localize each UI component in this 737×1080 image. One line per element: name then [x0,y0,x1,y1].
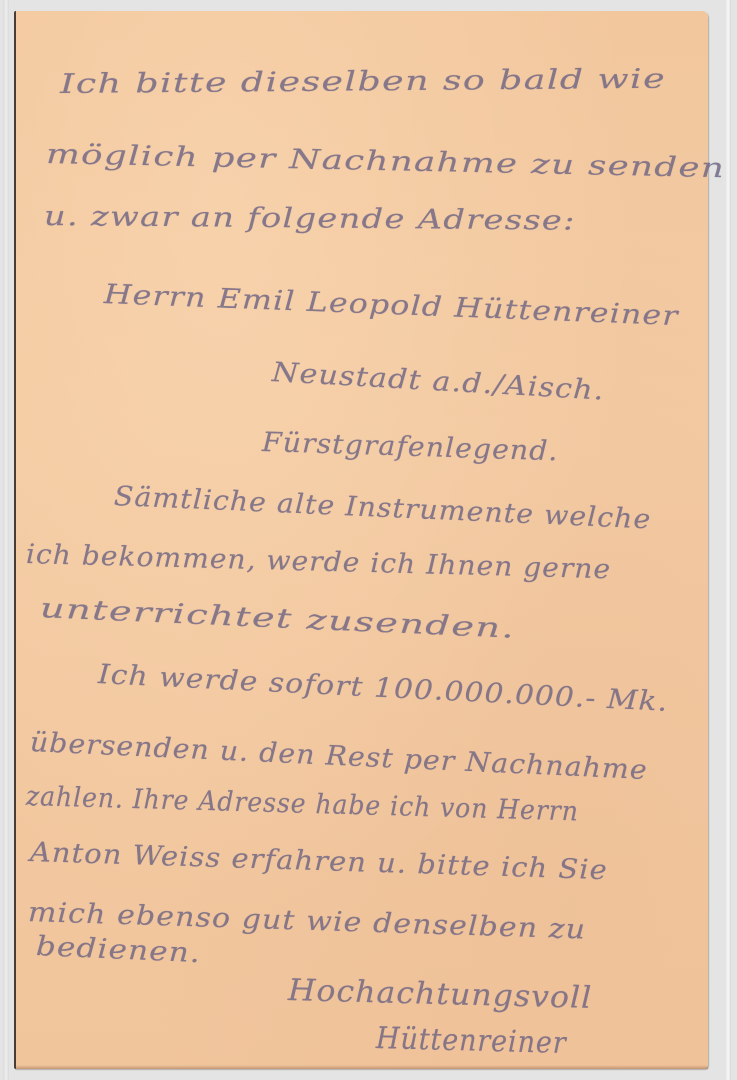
text-line-7: Sämtliche alte Instrumente welche [113,481,652,535]
postcard: Ich bitte dieselben so bald wie möglich … [14,11,708,1069]
text-line-12: zahlen. Ihre Adresse habe ich von Herrn [26,781,580,827]
handwritten-text: Ich bitte dieselben so bald wie möglich … [16,11,708,1069]
address-street: Fürstgrafenlegend. [262,427,559,467]
text-line-10: Ich werde sofort 100.000.000.- Mk. [97,659,669,718]
text-line-15: bedienen. [35,931,201,969]
sleeve-edge-right [726,0,731,1080]
text-line-2: möglich per Nachnahme zu senden [46,139,726,184]
text-line-1: Ich bitte dieselben so bald wie [60,64,666,100]
signature: Hüttenreiner [376,1021,567,1061]
text-line-9: unterrichtet zusenden. [39,593,515,645]
text-line-13: Anton Weiss erfahren u. bitte ich Sie [30,837,609,886]
sleeve-edge-left [3,0,9,1080]
address-city: Neustadt a.d./Aisch. [271,357,605,407]
closing-salutation: Hochachtungsvoll [288,973,593,1016]
address-recipient: Herrn Emil Leopold Hüttenreiner [103,279,679,332]
text-line-11: übersenden u. den Rest per Nachnahme [29,727,648,786]
text-line-3: u. zwar an folgende Adresse: [44,201,576,237]
text-line-8: ich bekommen, werde ich Ihnen gerne [26,539,612,585]
